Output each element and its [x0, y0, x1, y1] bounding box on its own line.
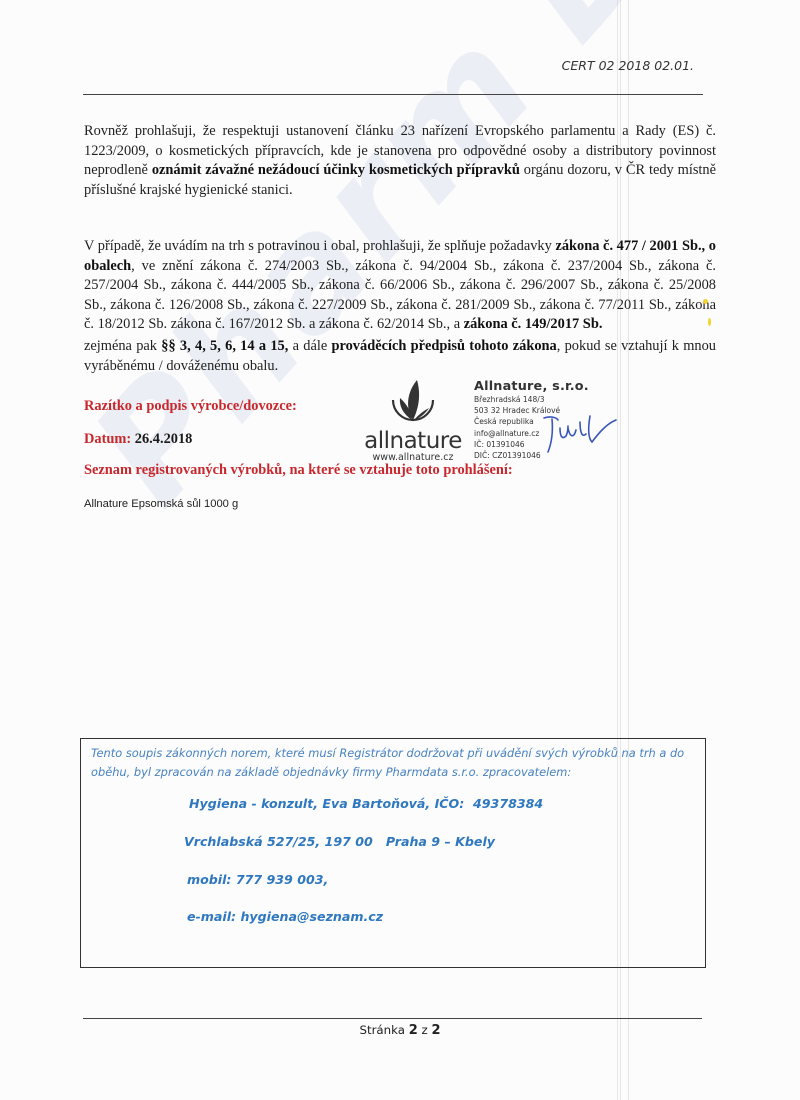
leaf-circle-icon: [385, 378, 441, 428]
date-row: Datum: 26.4.2018: [84, 431, 192, 448]
processor-email: e-mail: hygiena@seznam.cz: [187, 909, 383, 924]
stamp-company-name: Allnature, s.r.o.: [474, 379, 589, 394]
logo-wordmark: allnature: [358, 430, 468, 452]
paragraph-text: zejména pak: [84, 338, 161, 354]
paragraph-cosmetics-declaration: Rovněž prohlašuji, že respektuji ustanov…: [84, 122, 716, 200]
paragraph-bold: zákona č. 149/2017 Sb.: [464, 316, 603, 332]
page-separator: z: [422, 1023, 428, 1037]
stain-mark: [703, 299, 708, 304]
paragraph-sections: zejména pak §§ 3, 4, 5, 6, 14 a 15, a dá…: [84, 337, 716, 376]
document-code: CERT 02 2018 02.01.: [562, 58, 694, 73]
paragraph-bold: §§ 3, 4, 5, 6, 14 a 15,: [161, 338, 288, 354]
processor-mobile: mobil: 777 939 003,: [187, 872, 328, 887]
paragraph-text: , ve znění zákona č. 274/2003 Sb., zákon…: [84, 258, 716, 333]
page-total: 2: [431, 1023, 440, 1038]
paragraph-bold: oznámit závažné nežádoucí účinky kosmeti…: [152, 162, 520, 178]
page-current: 2: [409, 1023, 418, 1038]
paragraph-text: V případě, že uvádím na trh s potravinou…: [84, 238, 555, 254]
date-label: Datum:: [84, 431, 131, 447]
processor-address: Vrchlabská 527/25, 197 00 Praha 9 – Kbel…: [184, 834, 495, 849]
paragraph-text: a dále: [288, 338, 331, 354]
processor-name: Hygiena - konzult, Eva Bartoňová, IČO: 4…: [189, 796, 543, 811]
info-box-intro: Tento soupis zákonných norem, které musí…: [91, 744, 697, 782]
page-prefix: Stránka: [359, 1023, 405, 1037]
handwritten-signature: [540, 412, 620, 462]
page-number: Stránka 2 z 2: [0, 1023, 800, 1038]
processor-info-box: Tento soupis zákonných norem, které musí…: [80, 738, 706, 968]
logo-url: www.allnature.cz: [358, 452, 468, 463]
date-value: 26.4.2018: [135, 431, 193, 447]
allnature-logo: allnature www.allnature.cz: [358, 378, 468, 463]
product-item: Allnature Epsomská sůl 1000 g: [84, 498, 238, 510]
stain-mark: [708, 318, 711, 326]
header-divider: [83, 94, 703, 95]
paragraph-bold: prováděcích předpisů tohoto zákona: [331, 338, 556, 354]
product-list-heading: Seznam registrovaných výrobků, na které …: [84, 462, 513, 479]
stamp-address-street: Březhradská 148/3: [474, 394, 589, 405]
footer-divider: [83, 1018, 702, 1019]
paragraph-packaging-law: V případě, že uvádím na trh s potravinou…: [84, 237, 716, 335]
stamp-signature-label: Razítko a podpis výrobce/dovozce:: [84, 398, 297, 415]
